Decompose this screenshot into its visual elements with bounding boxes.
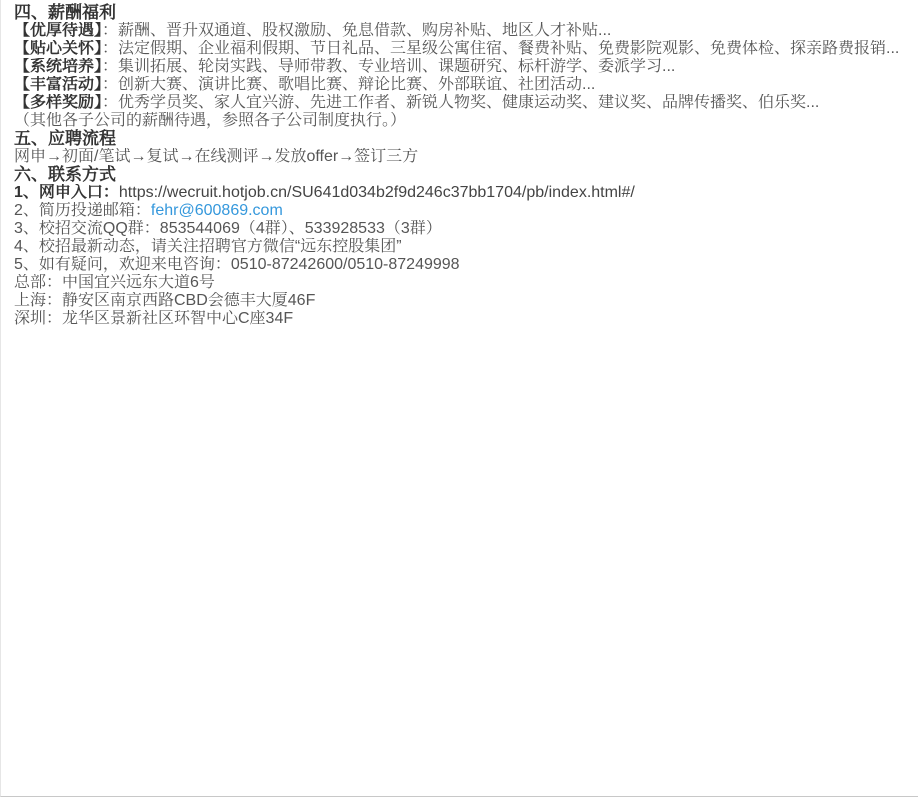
benefit-line: 【贴心关怀】：法定假期、企业福利假期、节日礼品、三星级公寓住宿、餐费补贴、免费影… bbox=[14, 40, 918, 58]
benefit-label: 【丰富活动】 bbox=[14, 76, 102, 93]
benefit-line: 【多样奖励】：优秀学员奖、家人宜兴游、先进工作者、新锐人物奖、健康运动奖、建议奖… bbox=[14, 94, 918, 112]
benefit-line: 【系统培养】：集训拓展、轮岗实践、导师带教、专业培训、课题研究、标杆游学、委派学… bbox=[14, 58, 918, 76]
benefit-line: 【丰富活动】：创新大赛、演讲比赛、歌唱比赛、辩论比赛、外部联谊、社团活动... bbox=[14, 76, 918, 94]
contact-wechat-line: 4、校招最新动态，请关注招聘官方微信“远东控股集团” bbox=[14, 238, 918, 256]
contact-phone-line: 5、如有疑问，欢迎来电咨询：0510-87242600/0510-8724999… bbox=[14, 256, 918, 274]
benefit-text: ：优秀学员奖、家人宜兴游、先进工作者、新锐人物奖、健康运动奖、建议奖、品牌传播奖… bbox=[102, 94, 819, 111]
benefits-note: （其他各子公司的薪酬待遇，参照各子公司制度执行。） bbox=[14, 112, 918, 130]
benefit-line: 【优厚待遇】：薪酬、晋升双通道、股权激励、免息借款、购房补贴、地区人才补贴... bbox=[14, 22, 918, 40]
benefit-text: ：法定假期、企业福利假期、节日礼品、三星级公寓住宿、餐费补贴、免费影院观影、免费… bbox=[102, 40, 899, 57]
address-line-shanghai: 上海：静安区南京西路CBD会德丰大厦46F bbox=[14, 292, 918, 310]
benefit-label: 【优厚待遇】 bbox=[14, 22, 102, 39]
section-title-benefits: 四、薪酬福利 bbox=[14, 4, 918, 22]
benefit-label: 【多样奖励】 bbox=[14, 94, 102, 111]
email-label: 2、简历投递邮箱： bbox=[14, 202, 151, 219]
benefit-text: ：集训拓展、轮岗实践、导师带教、专业培训、课题研究、标杆游学、委派学习... bbox=[102, 58, 675, 75]
address-line-headquarters: 总部：中国宜兴远东大道6号 bbox=[14, 274, 918, 292]
benefit-text: ：薪酬、晋升双通道、股权激励、免息借款、购房补贴、地区人才补贴... bbox=[102, 22, 611, 39]
section-title-process: 五、应聘流程 bbox=[14, 130, 918, 148]
email-link[interactable]: fehr@600869.com bbox=[151, 202, 283, 219]
process-flow-line: 网申→初面/笔试→复试→在线测评→发放offer→签订三方 bbox=[14, 148, 918, 166]
section-title-contact: 六、联系方式 bbox=[14, 166, 918, 184]
benefit-text: ：创新大赛、演讲比赛、歌唱比赛、辩论比赛、外部联谊、社团活动... bbox=[102, 76, 595, 93]
contact-email-line: 2、简历投递邮箱：fehr@600869.com bbox=[14, 202, 918, 220]
contact-qq-line: 3、校招交流QQ群：853544069（4群）、533928533（3群） bbox=[14, 220, 918, 238]
benefit-label: 【系统培养】 bbox=[14, 58, 102, 75]
apply-entry-label: 1、网申入口： bbox=[14, 184, 119, 201]
benefit-label: 【贴心关怀】 bbox=[14, 40, 102, 57]
contact-apply-line: 1、网申入口：https://wecruit.hotjob.cn/SU641d0… bbox=[14, 184, 918, 202]
address-line-shenzhen: 深圳：龙华区景新社区环智中心C座34F bbox=[14, 310, 918, 328]
apply-entry-url: https://wecruit.hotjob.cn/SU641d034b2f9d… bbox=[119, 184, 635, 201]
recruitment-page-section: 四、薪酬福利 【优厚待遇】：薪酬、晋升双通道、股权激励、免息借款、购房补贴、地区… bbox=[0, 0, 918, 797]
